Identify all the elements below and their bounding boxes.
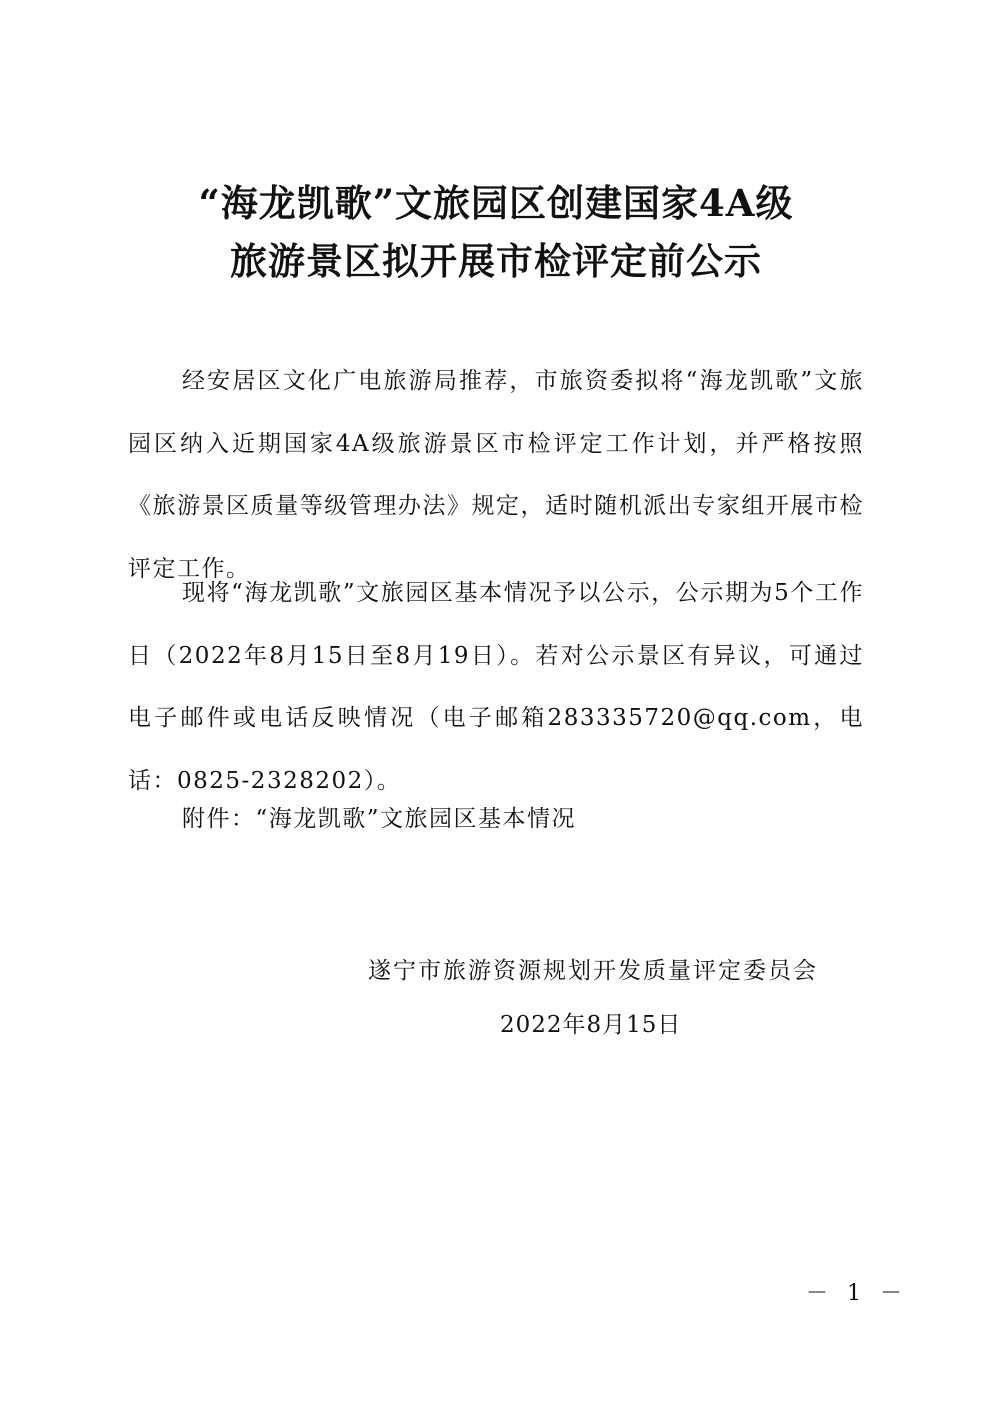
body-paragraph-2: 现将“海龙凯歌”文旅园区基本情况予以公示，公示期为5个工作日（2022年8月15… [128,562,864,812]
document-title-line-2: 旅游景区拟开展市检评定前公示 [0,243,992,280]
issuer-signature: 遂宁市旅游资源规划开发质量评定委员会 [368,952,818,985]
page-number: － 1 － [806,1276,908,1307]
document-title-line-1: “海龙凯歌”文旅园区创建国家4A级 [0,185,992,222]
issue-date: 2022年8月15日 [500,1006,681,1039]
attachment-note: 附件：“海龙凯歌”文旅园区基本情况 [182,800,576,833]
